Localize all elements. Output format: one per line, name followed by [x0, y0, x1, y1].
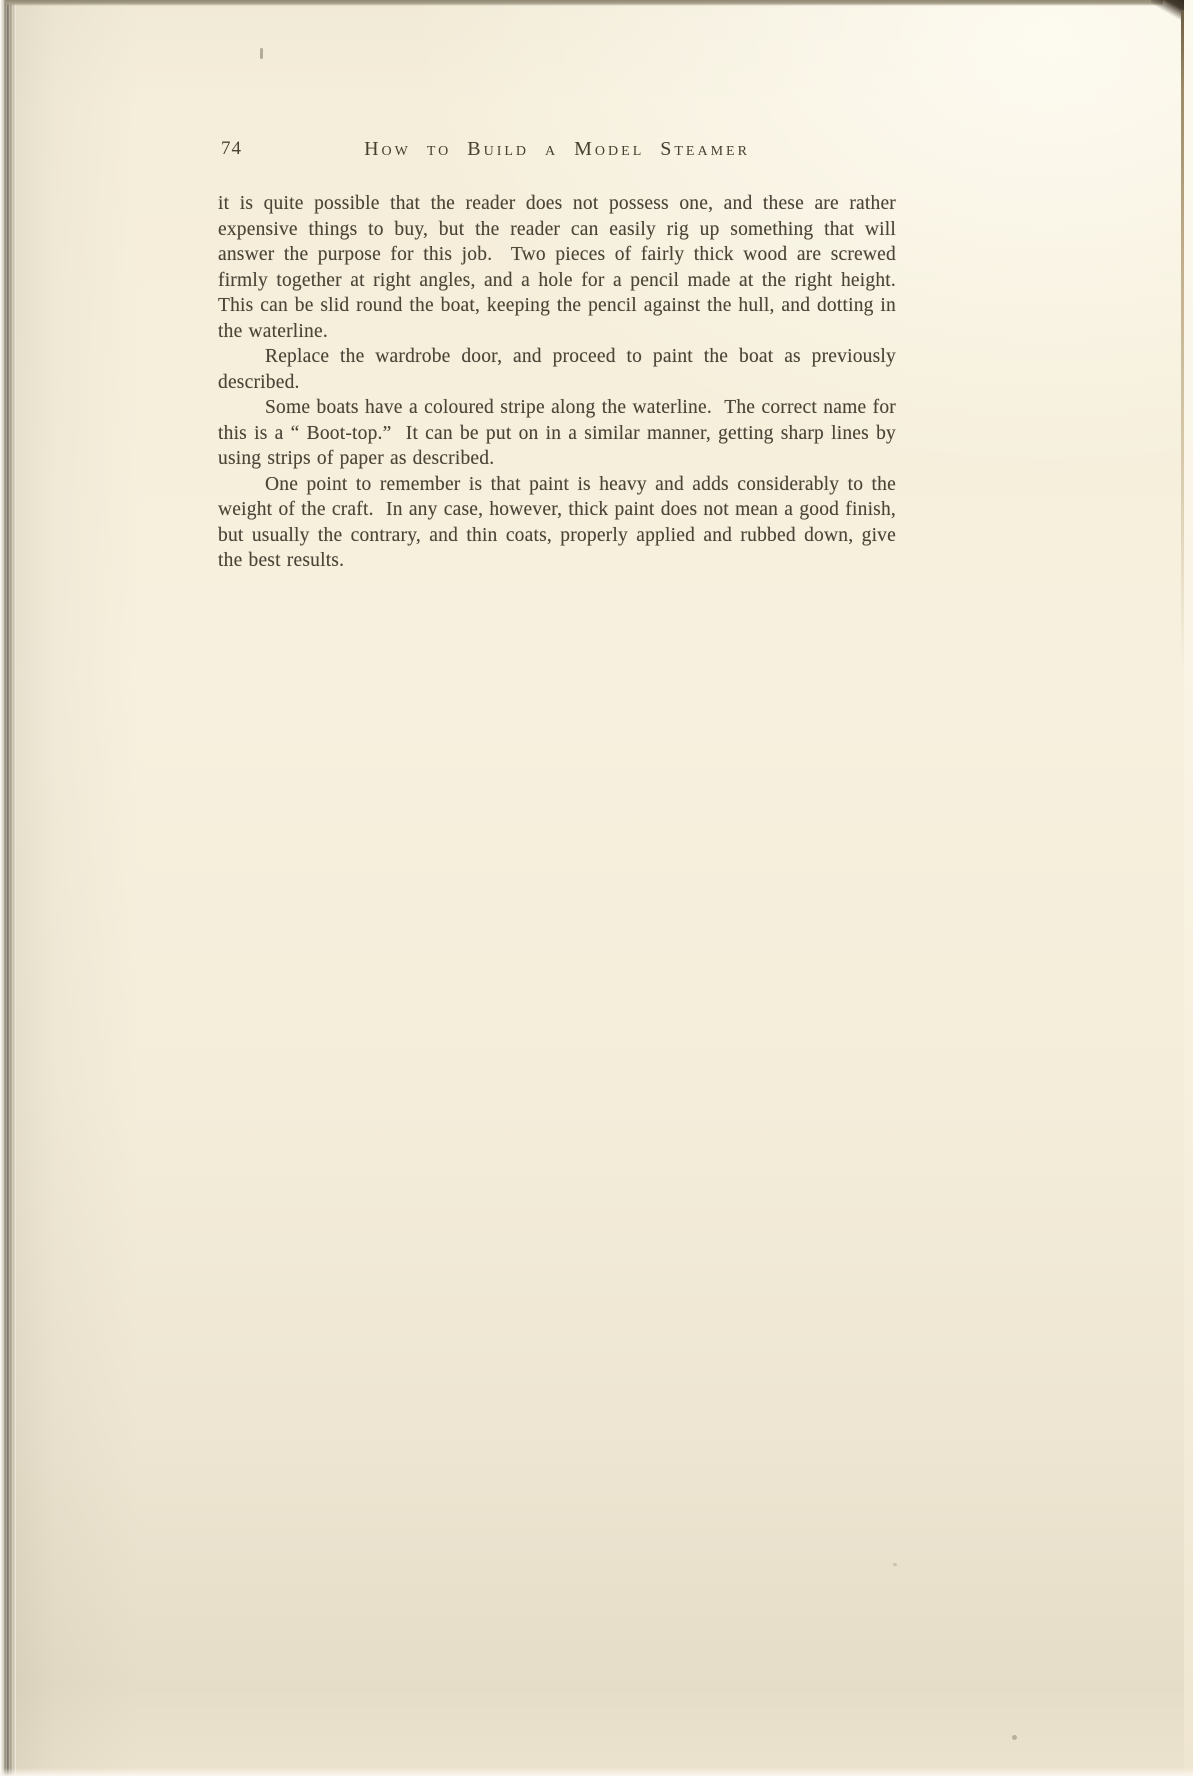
page-number: 74: [221, 138, 242, 160]
paragraph: it is quite possible that the reader doe…: [218, 191, 896, 344]
paragraph: Replace the wardrobe door, and proceed t…: [218, 344, 896, 395]
page-right-highlight: [1184, 0, 1193, 1776]
running-title: How to Build a Model Steamer: [218, 138, 896, 161]
page-top-edge: [6, 0, 1163, 6]
page-bottom-edge: [0, 1768, 1193, 1776]
paragraph: One point to remember is that paint is h…: [218, 472, 896, 574]
scan-mark: [260, 48, 263, 59]
paragraph: Some boats have a coloured stripe along …: [218, 395, 896, 472]
page-text-block: 74 How to Build a Model Steamer it is qu…: [218, 138, 896, 574]
page-header: 74 How to Build a Model Steamer: [218, 138, 896, 164]
scan-speck: [893, 1563, 897, 1566]
scan-speck: [1012, 1735, 1017, 1740]
book-binding-edge: [0, 0, 16, 1776]
body-text: it is quite possible that the reader doe…: [218, 191, 896, 574]
